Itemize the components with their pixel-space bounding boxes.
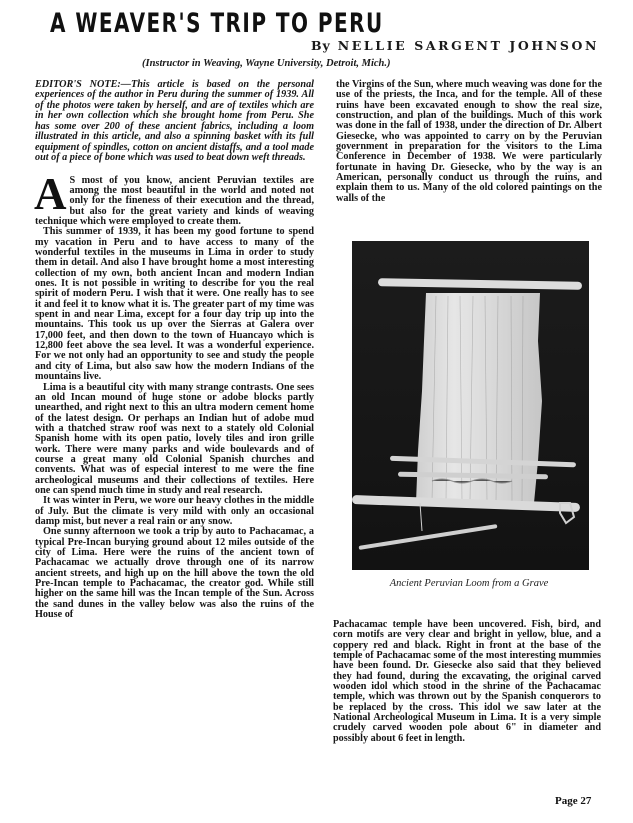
- loom-illustration: [352, 241, 589, 570]
- loom-photo: [352, 241, 589, 570]
- article-title: A WEAVER'S TRIP TO PERU: [50, 8, 384, 40]
- author-affiliation: (Instructor in Weaving, Wayne University…: [142, 58, 391, 69]
- body-paragraph: AS most of you know, ancient Peruvian te…: [35, 176, 314, 228]
- editors-note: EDITOR'S NOTE:—This article is based on …: [35, 80, 314, 164]
- right-column-bottom: Pachacamac temple have been uncovered. F…: [333, 620, 601, 744]
- body-paragraph: It was winter in Peru, we wore our heavy…: [35, 496, 314, 527]
- right-column-top: the Virgins of the Sun, where much weavi…: [336, 80, 602, 204]
- left-column: EDITOR'S NOTE:—This article is based on …: [35, 80, 314, 620]
- body-paragraph: This summer of 1939, it has been my good…: [35, 227, 314, 382]
- magazine-page: A WEAVER'S TRIP TO PERU By NELLIE SARGEN…: [0, 0, 633, 823]
- body-paragraph: Lima is a beautiful city with many stran…: [35, 383, 314, 497]
- body-paragraph: the Virgins of the Sun, where much weavi…: [336, 80, 602, 204]
- paragraph-text: S most of you know, ancient Peruvian tex…: [35, 175, 314, 227]
- byline: By NELLIE SARGENT JOHNSON: [311, 38, 599, 53]
- byline-prefix: By: [311, 38, 331, 53]
- body-paragraph: Pachacamac temple have been uncovered. F…: [333, 620, 601, 744]
- photo-caption: Ancient Peruvian Loom from a Grave: [336, 578, 602, 589]
- body-paragraph: One sunny afternoon we took a trip by au…: [35, 527, 314, 620]
- page-number: Page 27: [555, 795, 591, 807]
- author-name: NELLIE SARGENT JOHNSON: [338, 38, 599, 53]
- drop-cap: A: [34, 177, 67, 211]
